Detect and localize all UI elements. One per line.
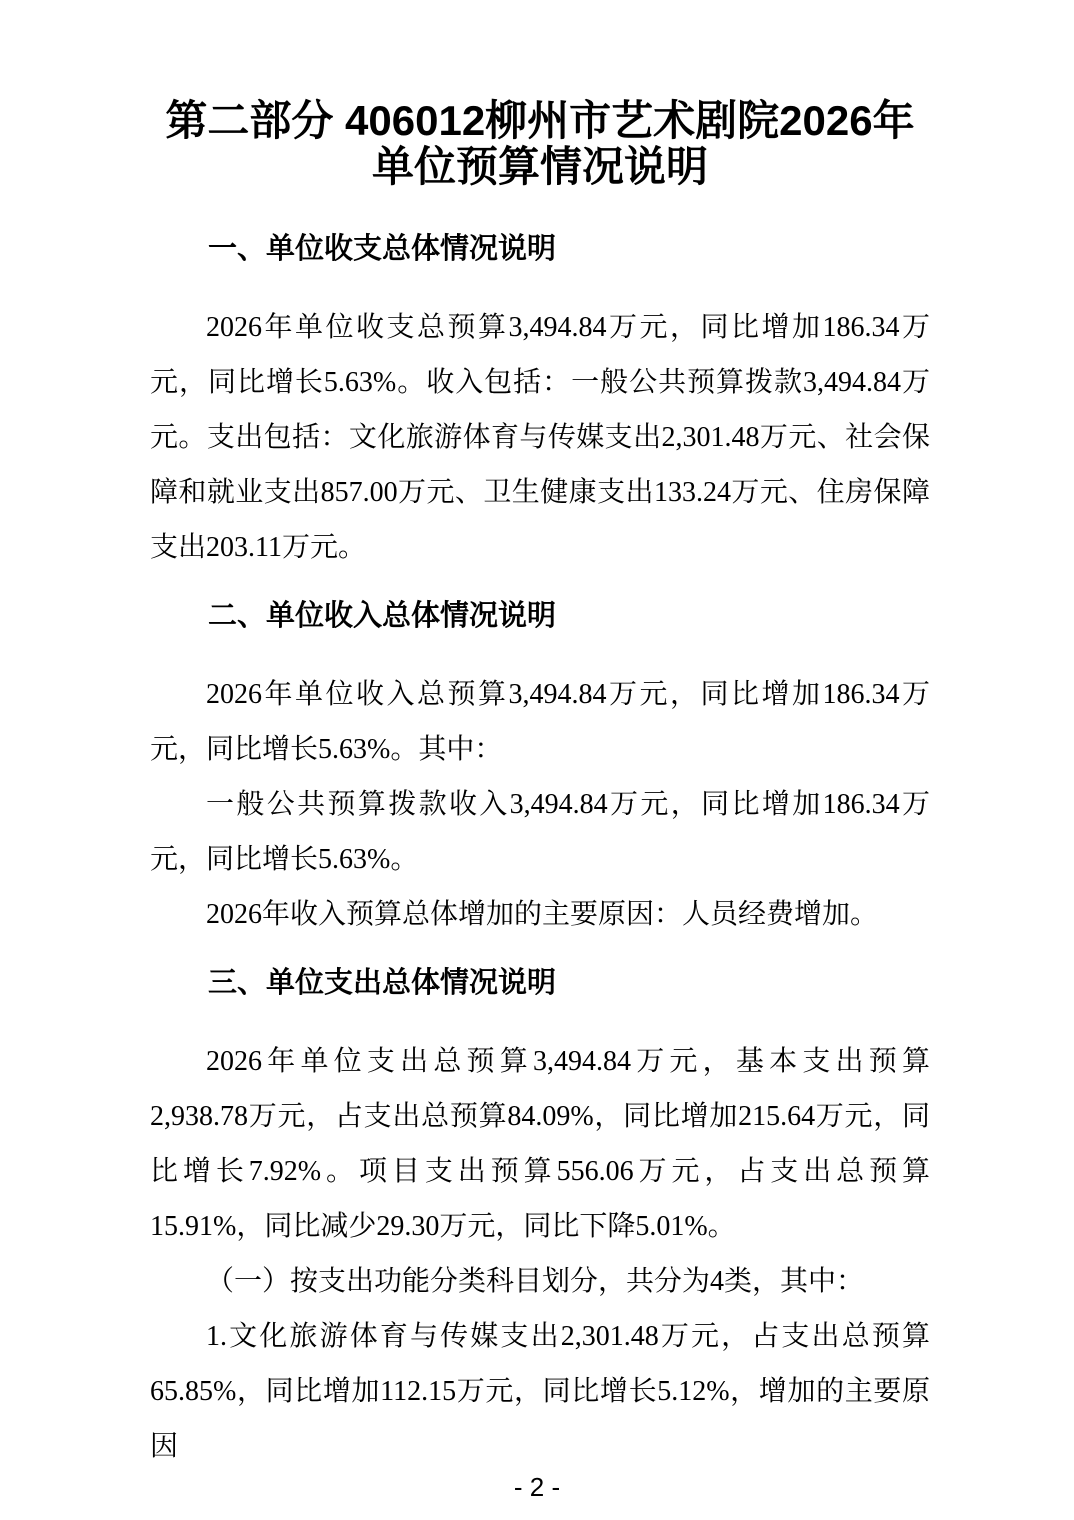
section-expense-overview: 三、单位支出总体情况说明 2026年单位支出总预算3,494.84万元，基本支出… — [150, 962, 930, 1474]
paragraph: （一）按支出功能分类科目划分，共分为4类，其中： — [150, 1254, 930, 1309]
section-heading: 一、单位收支总体情况说明 — [150, 228, 930, 270]
section-income-expense-overview: 一、单位收支总体情况说明 2026年单位收支总预算3,494.84万元，同比增加… — [150, 228, 930, 575]
paragraph: 1.文化旅游体育与传媒支出2,301.48万元，占支出总预算65.85%，同比增… — [150, 1309, 930, 1474]
paragraph: 2026年单位收入总预算3,494.84万元，同比增加186.34万元，同比增长… — [150, 667, 930, 777]
section-heading: 二、单位收入总体情况说明 — [150, 595, 930, 637]
page-number-footer: - 2 - — [0, 1472, 1074, 1502]
document-page: 第二部分 406012柳州市艺术剧院2026年单位预算情况说明 一、单位收支总体… — [0, 0, 1074, 1520]
paragraph: 2026年单位支出总预算3,494.84万元，基本支出预算2,938.78万元，… — [150, 1034, 930, 1254]
paragraph: 2026年收入预算总体增加的主要原因：人员经费增加。 — [150, 887, 930, 942]
paragraph: 一般公共预算拨款收入3,494.84万元，同比增加186.34万元，同比增长5.… — [150, 777, 930, 887]
section-income-overview: 二、单位收入总体情况说明 2026年单位收入总预算3,494.84万元，同比增加… — [150, 595, 930, 942]
document-title: 第二部分 406012柳州市艺术剧院2026年单位预算情况说明 — [150, 98, 930, 190]
paragraph: 2026年单位收支总预算3,494.84万元，同比增加186.34万元，同比增长… — [150, 300, 930, 575]
section-heading: 三、单位支出总体情况说明 — [150, 962, 930, 1004]
